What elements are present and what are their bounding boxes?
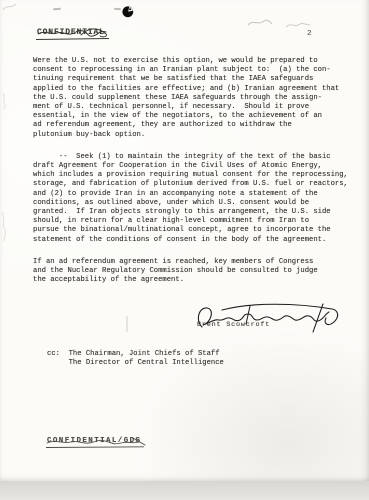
memo-paragraph-2: -- Seek (1) to maintain the integrity of… — [33, 153, 367, 245]
memo-paragraph-1: Were the U.S. not to exercise this optio… — [33, 57, 367, 140]
classification-stamp-bottom: CONFIDENTIAL/GDS — [47, 437, 141, 445]
scan-artifact — [114, 8, 121, 10]
scanned-memo-page: CONFIDENTIAL 2 Were the U.S. not to exer… — [0, 0, 369, 500]
scan-artifact — [0, 92, 10, 110]
scan-artifact — [1, 1, 19, 13]
scanner-background — [0, 481, 369, 500]
page-number: 2 — [307, 30, 312, 38]
signature-typed-name: Brent Scowcroft — [197, 321, 270, 329]
cc-block: cc: The Chairman, Joint Chiefs of Staff … — [47, 350, 224, 368]
classification-stamp-top: CONFIDENTIAL — [37, 28, 105, 37]
memo-paragraph-3: If an ad referendum agreement is reached… — [33, 258, 367, 286]
classification-stamp-top-text: CONFIDENTIAL — [37, 28, 105, 37]
memo-body: Were the U.S. not to exercise this optio… — [33, 57, 367, 298]
paper-sheet: CONFIDENTIAL 2 Were the U.S. not to exer… — [0, 0, 369, 481]
scan-artifact — [0, 210, 10, 242]
hole-punch-mark — [122, 6, 134, 18]
scan-artifact — [126, 316, 128, 332]
scan-artifact — [53, 8, 61, 10]
classification-stamp-bottom-text: CONFIDENTIAL/GDS — [47, 437, 141, 445]
scan-artifact — [247, 17, 273, 28]
signature-scrawl — [192, 296, 344, 336]
